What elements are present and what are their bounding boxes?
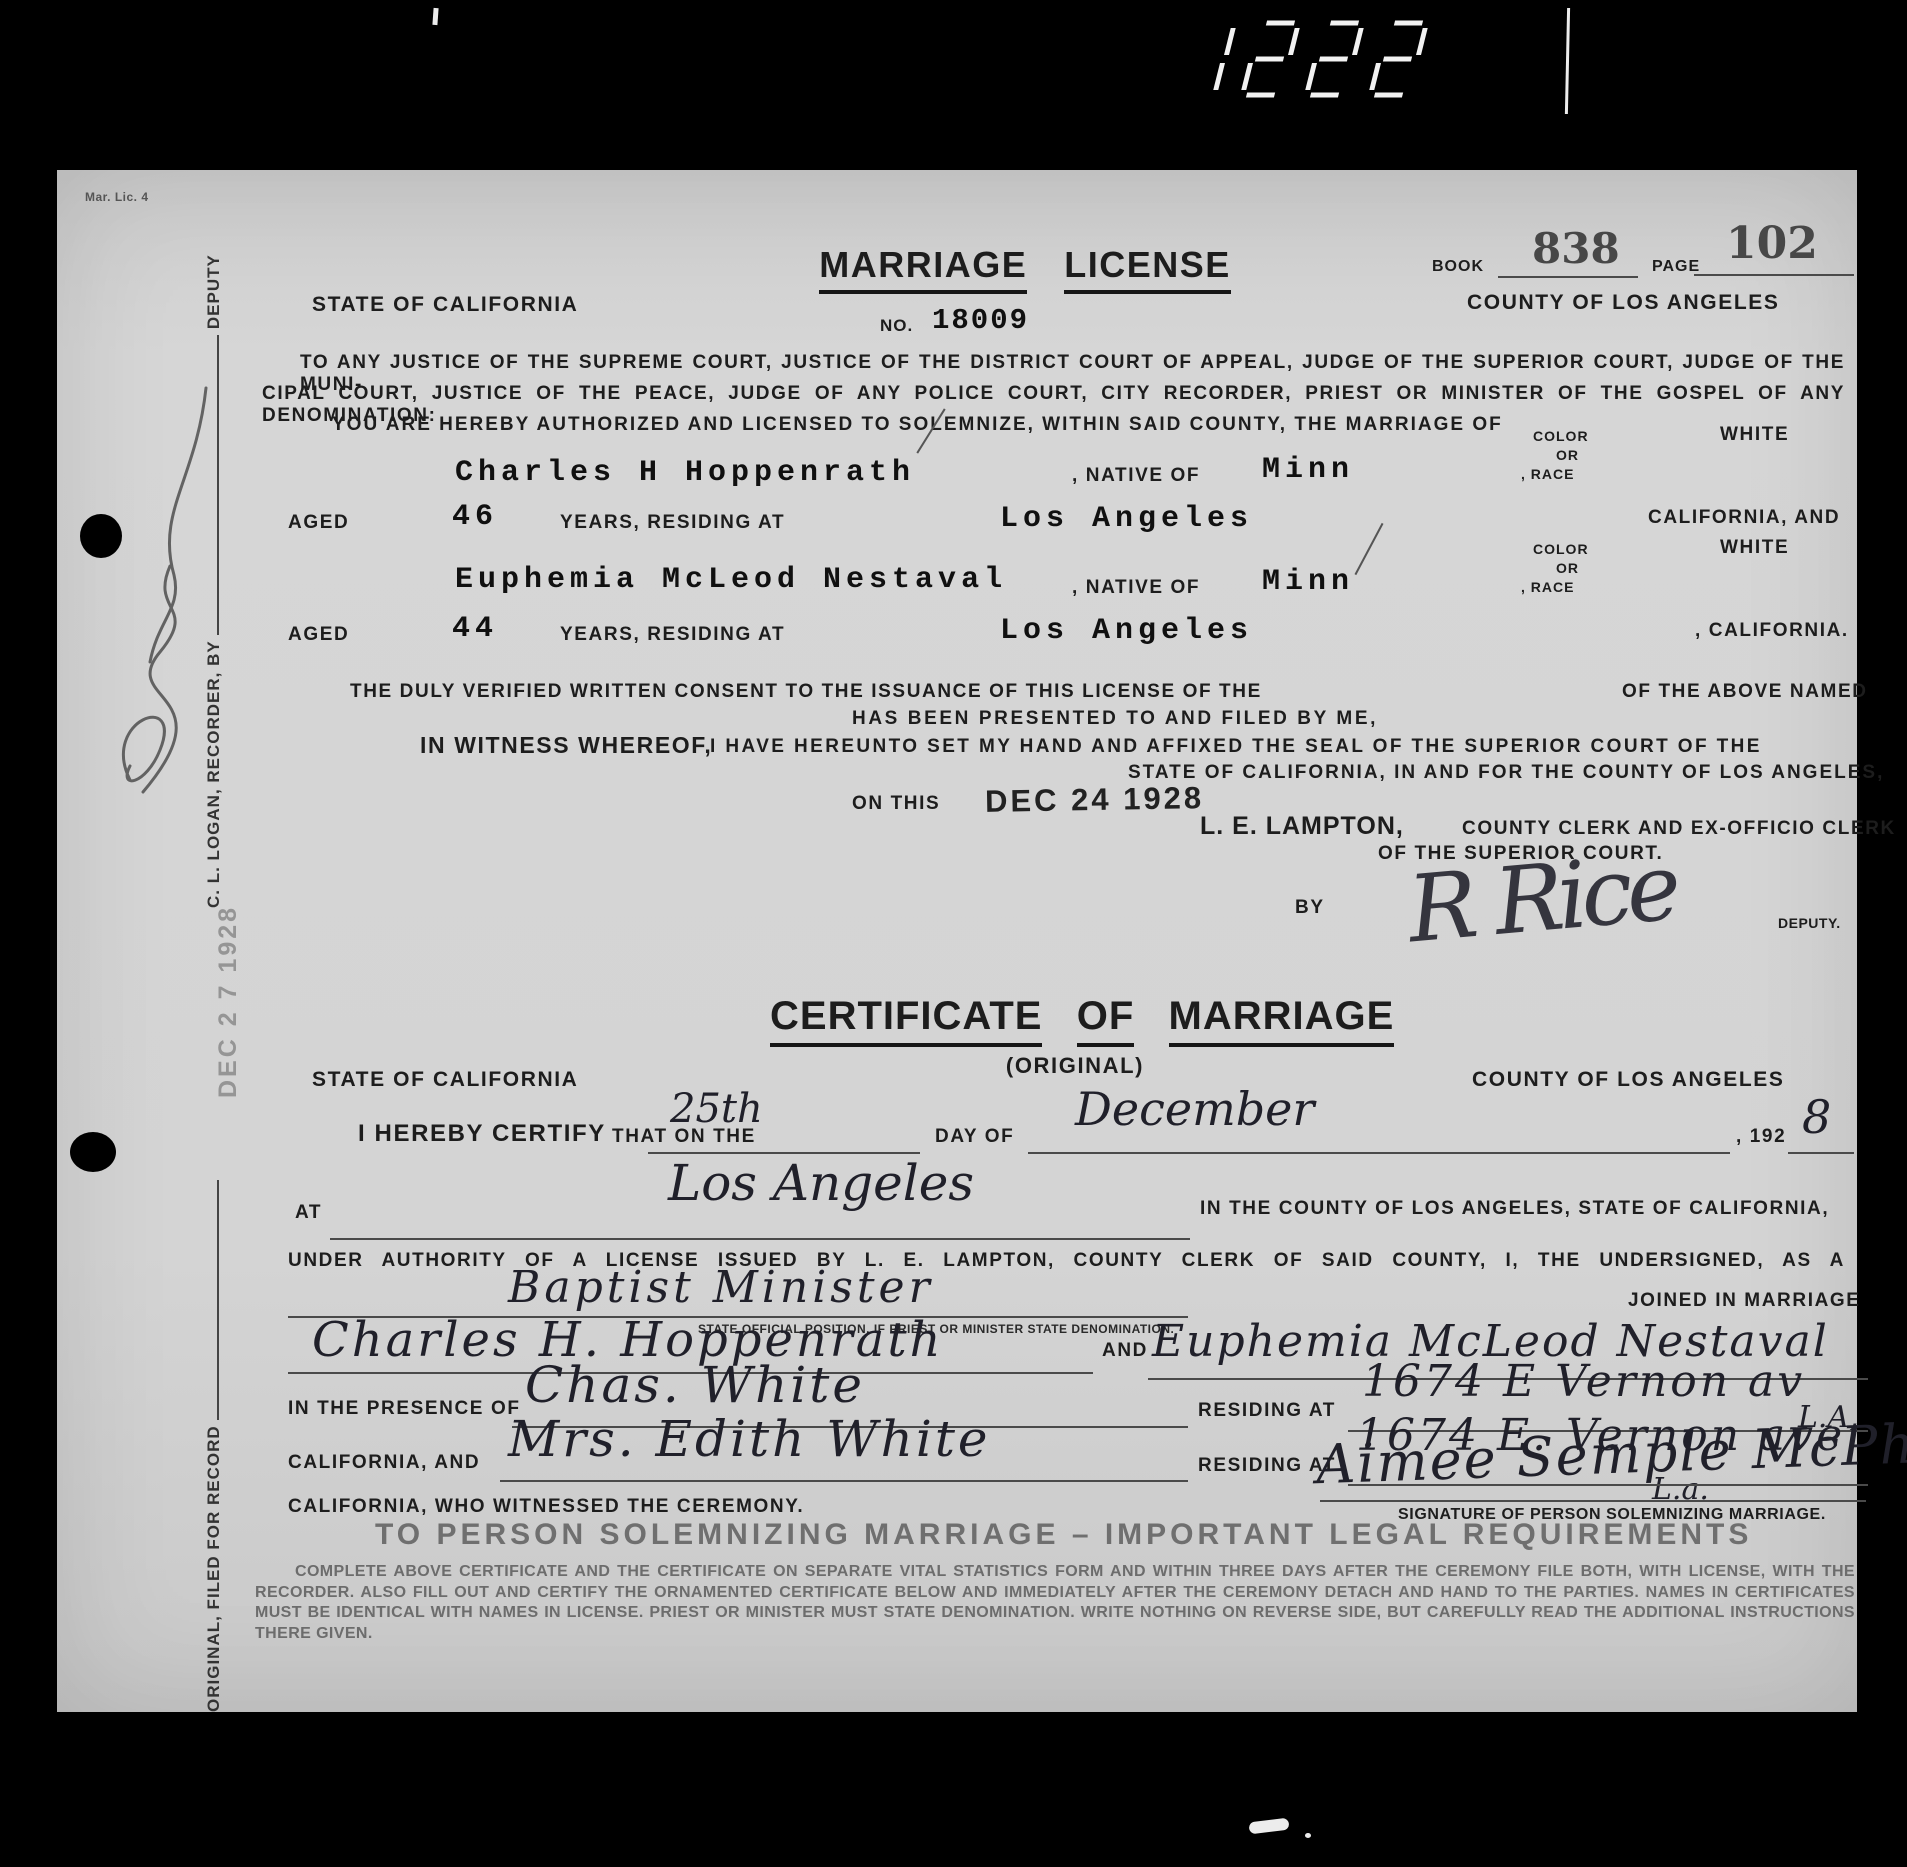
groom-residing-label: YEARS, RESIDING AT [560, 512, 785, 534]
bride-native-label: , NATIVE OF [1072, 577, 1200, 599]
book-value: 838 [1532, 224, 1620, 273]
color-race-label-2a: COLOR [1533, 541, 1589, 557]
color-race-label-2b: OR [1556, 560, 1579, 576]
form-code: Mar. Lic. 4 [85, 190, 149, 204]
bride-state-suffix: , CALIFORNIA. [1695, 620, 1849, 642]
year-rule [1788, 1152, 1854, 1154]
certificate-subtitle: (ORIGINAL) [870, 1053, 1280, 1079]
page-label: PAGE [1652, 258, 1700, 276]
at-rule [330, 1238, 1190, 1240]
and-label: AND [1102, 1340, 1148, 1362]
certificate-title-word1: CERTIFICATE [770, 994, 1042, 1047]
bride-native: Minn [1262, 565, 1354, 599]
color-race-label-2c: , RACE [1521, 579, 1574, 595]
official-position: Baptist Minister [508, 1262, 934, 1313]
bride-name: Euphemia McLeod Nestaval [455, 563, 1007, 597]
groom-state-suffix: CALIFORNIA, AND [1648, 507, 1840, 529]
book-label: BOOK [1432, 258, 1484, 276]
color-race-label-1c: , RACE [1521, 466, 1574, 482]
groom-age: 46 [452, 500, 498, 534]
bride-race: WHITE [1720, 537, 1789, 559]
punch-hole-bottom [70, 1132, 116, 1172]
county-heading: COUNTY OF LOS ANGELES [1467, 291, 1779, 315]
bride-residence: Los Angeles [1000, 614, 1253, 648]
witness1-name: Chas. White [525, 1356, 865, 1414]
filed-margin-line: ORIGINAL, FILED FOR RECORD [204, 1180, 224, 1712]
joined-label: JOINED IN MARRIAGE [1628, 1290, 1861, 1312]
by-label: BY [1295, 897, 1325, 919]
california-and-label: CALIFORNIA, AND [288, 1452, 480, 1474]
on-this-label: ON THIS [852, 793, 940, 815]
footer-instructions: COMPLETE ABOVE CERTIFICATE AND THE CERTI… [255, 1562, 1855, 1644]
groom-race: WHITE [1720, 424, 1789, 446]
witness-whereof-bold: IN WITNESS WHEREOF, [420, 732, 712, 759]
scanned-document-stage: Mar. Lic. 4 C. L. LOGAN, RECORDER, BY DE… [0, 0, 1907, 1867]
residing-label-1: RESIDING AT [1198, 1400, 1336, 1422]
filed-line [216, 1180, 219, 1420]
consent-line-left: THE DULY VERIFIED WRITTEN CONSENT TO THE… [350, 681, 1262, 703]
year-label: , 192 [1736, 1126, 1786, 1148]
witness2-name: Mrs. Edith White [508, 1410, 991, 1468]
certificate-state: STATE OF CALIFORNIA [312, 1068, 578, 1092]
consent-line2: HAS BEEN PRESENTED TO AND FILED BY ME, [852, 708, 1378, 730]
groom-name: Charles H Hoppenrath [455, 456, 915, 490]
filed-label: ORIGINAL, FILED FOR RECORD [204, 1425, 223, 1712]
scan-vertical-line [1565, 8, 1570, 114]
color-race-label-1a: COLOR [1533, 428, 1589, 444]
month-rule [1028, 1152, 1730, 1154]
consent-line-right: OF THE ABOVE NAMED [1622, 681, 1868, 703]
scan-dot-mark [1305, 1833, 1311, 1838]
solemnizer-signature-rule [1320, 1500, 1866, 1502]
bride-aged-label: AGED [288, 624, 349, 646]
witness2-rule [500, 1480, 1188, 1482]
book-rule [1498, 276, 1638, 278]
at-label: AT [295, 1202, 322, 1224]
witness-whereof-rest: I HAVE HEREUNTO SET MY HAND AND AFFIXED … [710, 736, 1762, 758]
authorization-line: YOU ARE HEREBY AUTHORIZED AND LICENSED T… [332, 414, 1503, 436]
license-title: MARRIAGE LICENSE [810, 244, 1240, 286]
certificate-day: 25th [670, 1086, 763, 1132]
groom-native-label: , NATIVE OF [1072, 465, 1200, 487]
page-rule [1694, 274, 1854, 276]
page-value: 102 [1726, 218, 1818, 269]
license-no-value: 18009 [932, 304, 1029, 337]
certificate-place: Los Angeles [668, 1154, 974, 1212]
certificate-title-word2: OF [1077, 994, 1135, 1047]
deputy-label: DEPUTY. [1778, 915, 1841, 931]
license-title-word2: LICENSE [1064, 244, 1231, 294]
scan-tick-mark [432, 8, 438, 25]
groom-aged-label: AGED [288, 512, 349, 534]
bride-age: 44 [452, 612, 498, 646]
received-date-stamp: DEC 2 7 1928 [214, 905, 243, 1098]
certify-bold: I HEREBY CERTIFY [358, 1120, 606, 1148]
license-title-word1: MARRIAGE [819, 244, 1027, 294]
clerk-name: L. E. LAMPTON, [1200, 812, 1404, 841]
day-of-label: DAY OF [935, 1126, 1014, 1148]
certificate-month: December [1075, 1082, 1314, 1136]
license-no-label: NO. [880, 316, 913, 336]
presence-label: IN THE PRESENCE OF [288, 1398, 521, 1420]
state-heading: STATE OF CALIFORNIA [312, 293, 578, 317]
year-digit: 8 [1802, 1090, 1831, 1144]
certificate-title: CERTIFICATE OF MARRIAGE [770, 994, 1380, 1039]
footer-heading: TO PERSON SOLEMNIZING MARRIAGE – IMPORTA… [375, 1518, 1745, 1552]
witness-line2: STATE OF CALIFORNIA, IN AND FOR THE COUN… [1128, 762, 1884, 784]
recorder-deputy-label: DEPUTY [204, 254, 223, 329]
witness1-residence: 1674 E Vernon av [1362, 1356, 1805, 1407]
clerk-title: COUNTY CLERK AND EX-OFFICIO CLERK [1462, 818, 1896, 840]
groom-residence: Los Angeles [1000, 502, 1253, 536]
certificate-county: COUNTY OF LOS ANGELES [1472, 1068, 1784, 1092]
witnessed-line: CALIFORNIA, WHO WITNESSED THE CEREMONY. [288, 1496, 804, 1518]
certificate-title-word3: MARRIAGE [1169, 994, 1395, 1047]
color-race-label-1b: OR [1556, 447, 1579, 463]
issue-date-stamp: DEC 24 1928 [985, 780, 1205, 820]
scan-blob-mark [1248, 1818, 1289, 1835]
seven-segment-counter [1175, 20, 1465, 102]
groom-native: Minn [1262, 453, 1354, 487]
margin-deputy-signature [88, 360, 238, 800]
in-county-line: IN THE COUNTY OF LOS ANGELES, STATE OF C… [1200, 1198, 1829, 1220]
bride-residing-label: YEARS, RESIDING AT [560, 624, 785, 646]
